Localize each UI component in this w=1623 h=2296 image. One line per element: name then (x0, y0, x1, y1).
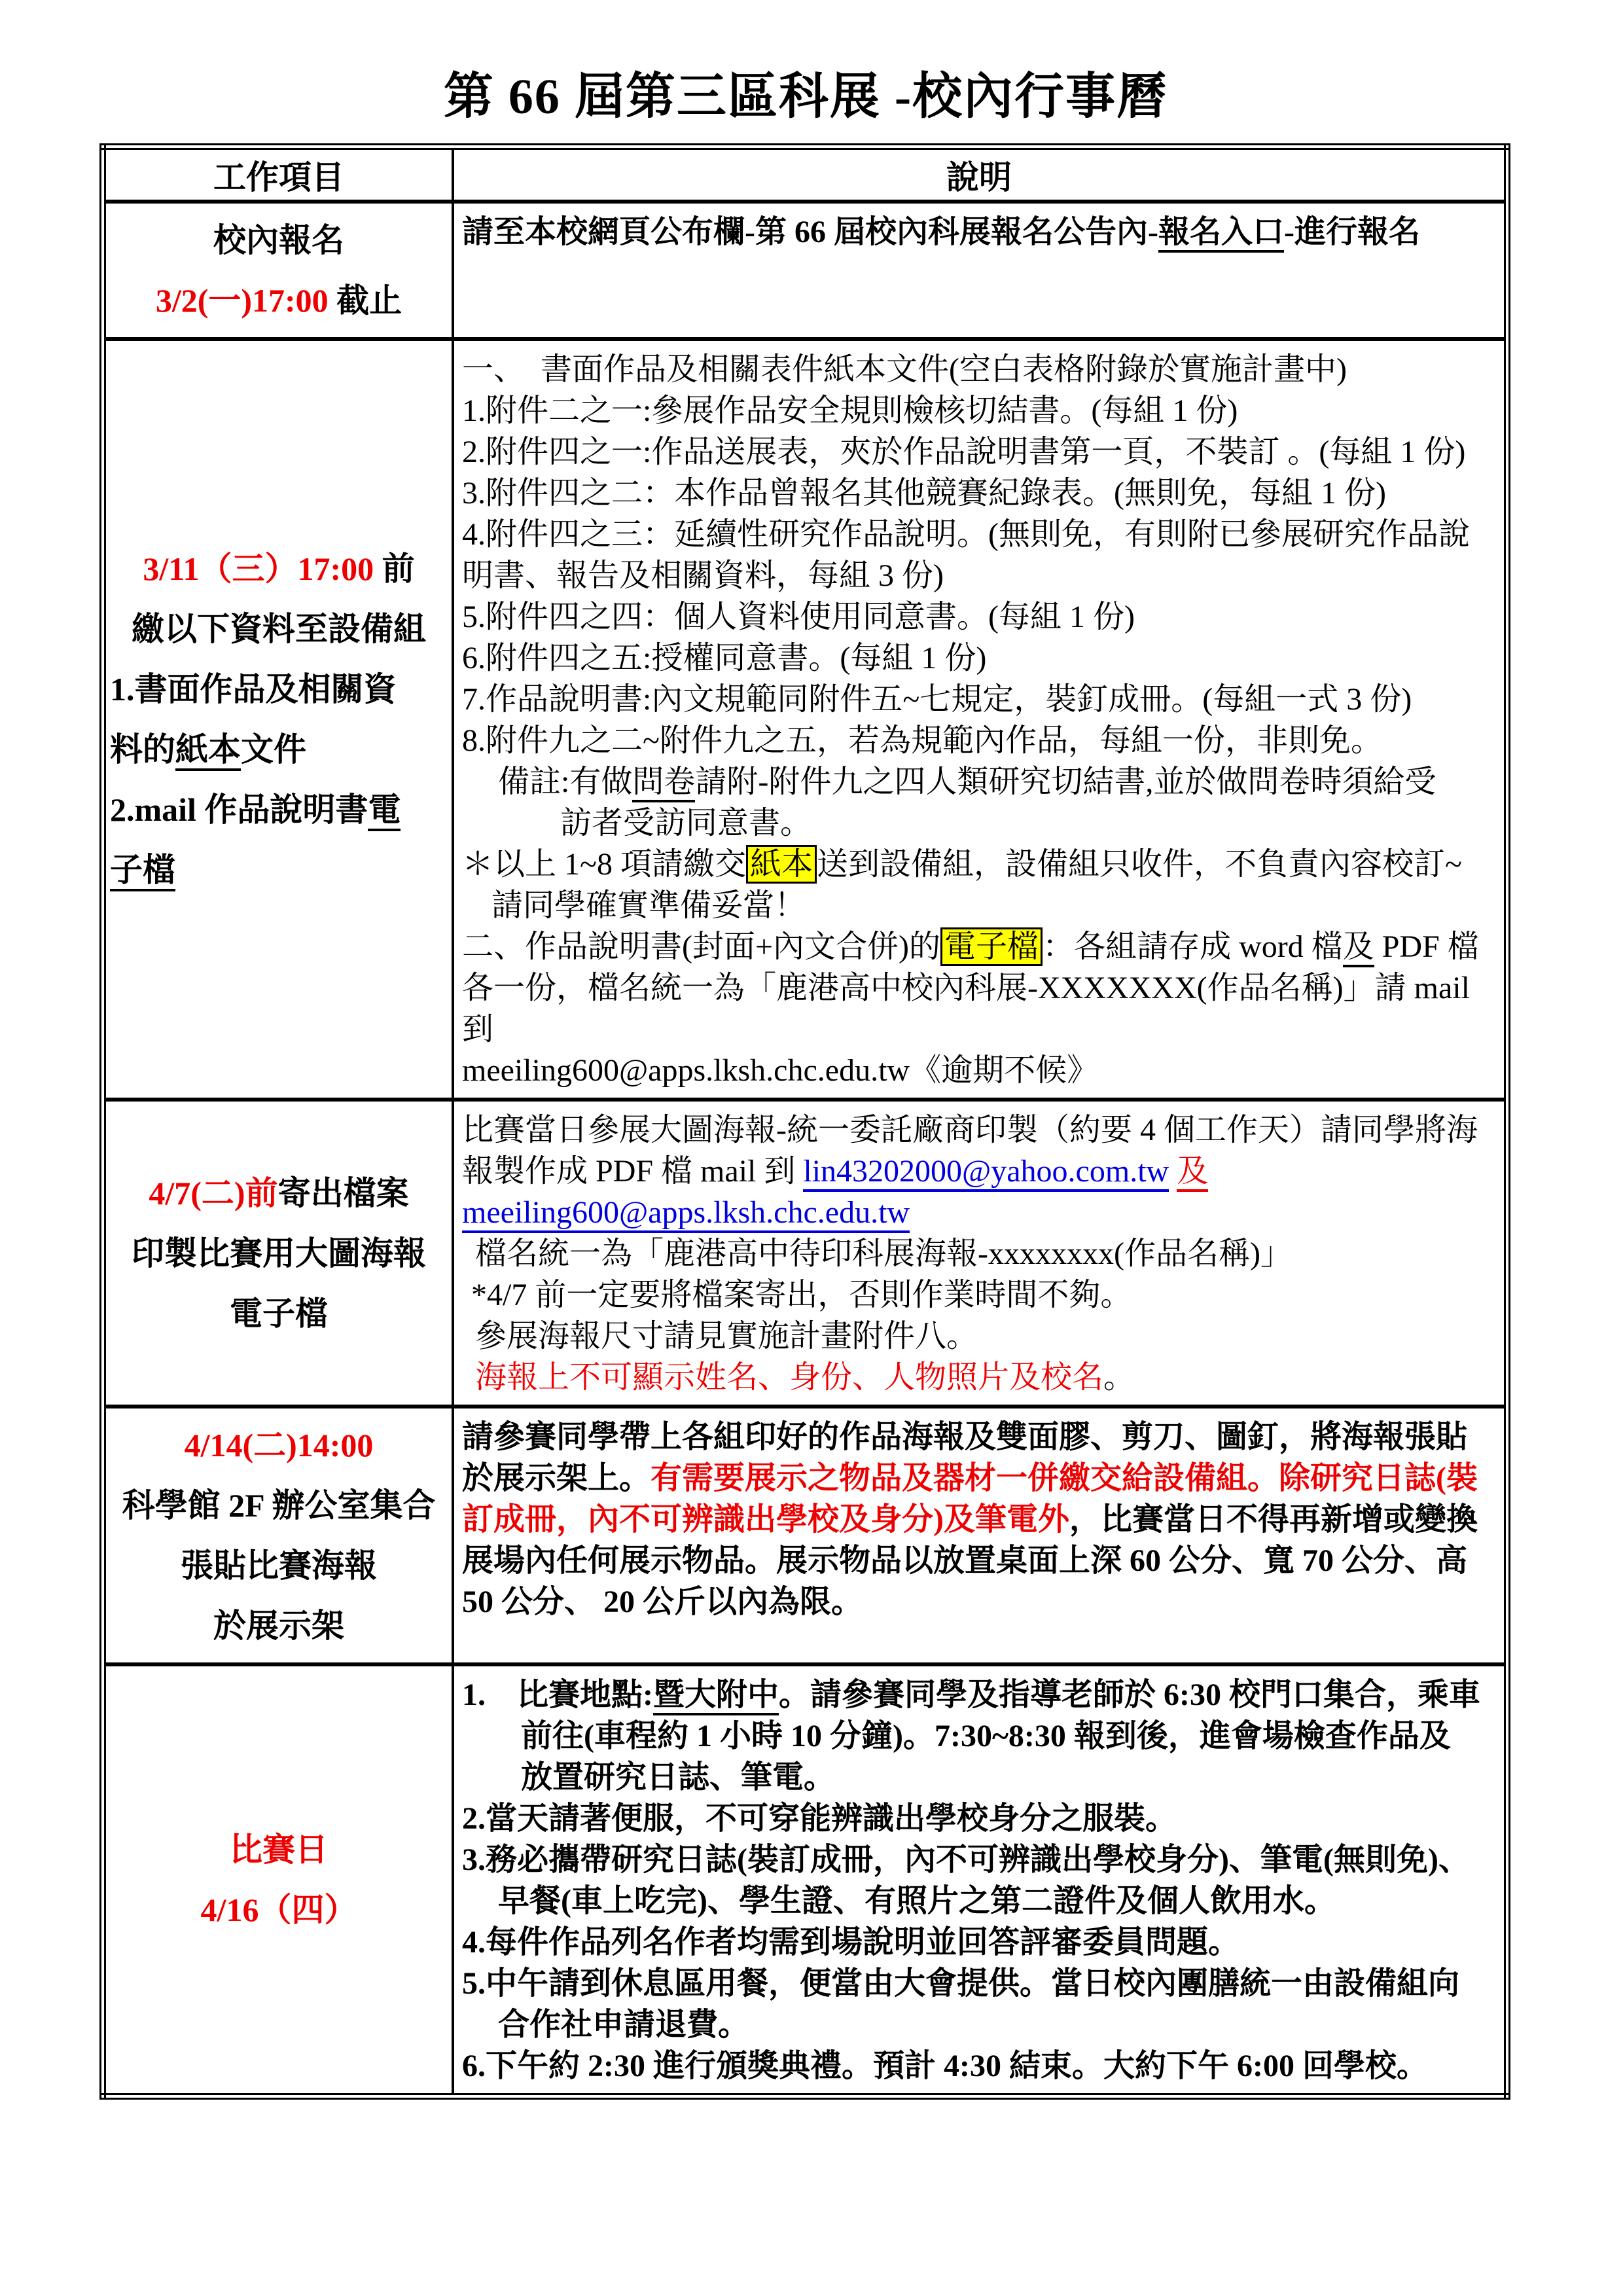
text-segment: 訂成冊，內不可辨識出學校及身分)及筆電外 (462, 1502, 1069, 1537)
email-link[interactable]: meeiling600@apps.lksh.chc.edu.tw (462, 1195, 910, 1233)
text-line: 4/14(二)14:00 (110, 1415, 448, 1475)
text-segment: -進行報名 (1284, 215, 1420, 249)
text-line: 3/11（三）17:00 前 (110, 539, 448, 599)
text-segment: 印製比賽用大圖海報 (132, 1235, 426, 1272)
text-segment: 繳以下資料至設備組 (132, 611, 426, 647)
text-segment: 問卷 (632, 764, 695, 802)
text-line: 比賽當日參展大圖海報-統一委託廠商印製（約要 4 個工作天）請同學將海 (462, 1109, 1499, 1151)
task-cell: 4/14(二)14:00科學館 2F 辦公室集合張貼比賽海報於展示架 (103, 1407, 453, 1664)
text-segment: 4/7(二)前 (149, 1175, 277, 1211)
text-segment: 2.mail 作品說明書 (110, 791, 368, 828)
text-segment: 暨大附中 (653, 1677, 779, 1715)
text-segment: 3.附件四之二：本作品曾報名其他競賽紀錄表。(無則免，每組 1 份) (462, 476, 1386, 511)
table-row-send-poster-file: 4/7(二)前寄出檔案印製比賽用大圖海報電子檔比賽當日參展大圖海報-統一委託廠商… (103, 1100, 1507, 1407)
text-line: 科學館 2F 辦公室集合 (110, 1475, 448, 1535)
highlight-text: 紙本 (746, 845, 817, 884)
text-segment: 8.附件九之二~附件九之五，若為規範內作品，每組一份，非則免。 (462, 723, 1382, 758)
task-cell: 校內報名3/2(一)17:00 截止 (103, 202, 453, 339)
text-segment: 截止 (336, 282, 402, 319)
text-segment: 備註:有做 (498, 764, 632, 799)
text-segment: 3/2(一)17:00 (156, 282, 336, 319)
text-line: 4/16（四） (110, 1880, 448, 1940)
page-title: 第 66 屆第三區科展 -校內行事曆 (99, 56, 1512, 128)
text-segment: 早餐(車上吃完)、學生證、有照片之第二證件及個人飲用水。 (498, 1884, 1336, 1918)
text-line: 二、作品說明書(封面+內文合併)的電子檔：各組請存成 word 檔及 PDF 檔 (462, 926, 1499, 967)
text-line: 5.中午請到休息區用餐，便當由大會提供。當日校內團膳統一由設備組向 (462, 1963, 1499, 2004)
text-segment: PDF 檔 (1374, 929, 1479, 964)
text-line: 2.mail 作品說明書電 (110, 780, 448, 840)
text-line: 50 公分、 20 公斤以內為限。 (462, 1581, 1499, 1623)
text-line: 合作社申請退費。 (462, 2004, 1499, 2045)
text-segment: 展場內任何展示物品。展示物品以放置桌面上深 60 公分、寬 70 公分、高 (462, 1543, 1467, 1578)
text-segment (1169, 1154, 1177, 1189)
text-line: 參展海報尺寸請見實施計畫附件八。 (462, 1316, 1499, 1357)
text-line: 明書、報告及相關資料，每組 3 份) (462, 555, 1499, 596)
text-segment: 電 (368, 791, 401, 831)
text-segment: 3/11（三）17:00 (143, 550, 382, 587)
text-line: 校內報名 (110, 210, 448, 270)
text-segment: 寄出檔案 (278, 1175, 409, 1211)
task-cell: 4/7(二)前寄出檔案印製比賽用大圖海報電子檔 (103, 1100, 453, 1407)
text-line: 3.附件四之二：本作品曾報名其他競賽紀錄表。(無則免，每組 1 份) (462, 473, 1499, 514)
text-segment: 請附-附件九之四人類研究切結書,並於做問卷時須給受 (695, 764, 1436, 799)
text-line: 訂成冊，內不可辨識出學校及身分)及筆電外，比賽當日不得再新增或變換 (462, 1499, 1499, 1540)
text-segment: 及 (1177, 1154, 1208, 1192)
text-line: 料的紙本文件 (110, 719, 448, 780)
text-segment: 前往(車程約 1 小時 10 分鐘)。7:30~8:30 報到後，進會場檢查作品… (521, 1719, 1451, 1753)
schedule-table: 工作項目 說明 校內報名3/2(一)17:00 截止請至本校網頁公布欄-第 66… (99, 143, 1510, 2100)
text-line: 1.附件二之一:參展作品安全規則檢核切結書。(每組 1 份) (462, 390, 1499, 431)
text-segment: 料的 (110, 731, 175, 768)
text-segment: 二、作品說明書(封面+內文合併)的 (462, 929, 940, 964)
table-body: 校內報名3/2(一)17:00 截止請至本校網頁公布欄-第 66 屆校內科展報名… (103, 202, 1507, 2096)
description-cell: 請至本校網頁公布欄-第 66 屆校內科展報名公告內-報名入口-進行報名 (453, 202, 1507, 339)
text-segment: 及 (1343, 929, 1374, 967)
text-segment: 3.務必攜帶研究日誌(裝訂成冊，內不可辨識出學校身分)、筆電(無則免)、 (462, 1842, 1470, 1877)
text-segment: 報名入口 (1158, 215, 1284, 253)
text-segment: 4.附件四之三：延續性研究作品說明。(無則免，有則附已參展研究作品說 (462, 517, 1470, 552)
text-line: 於展示架 (110, 1596, 448, 1656)
text-line: 檔名統一為「鹿港高中待印科展海報-xxxxxxxx(作品名稱)」 (462, 1233, 1499, 1274)
text-segment: 。 (1103, 1360, 1135, 1395)
text-segment: 檔名統一為「鹿港高中待印科展海報-xxxxxxxx(作品名稱)」 (475, 1236, 1292, 1271)
text-segment: 送到設備組，設備組只收件，不負責內容校訂~ (817, 847, 1462, 882)
text-segment: 4/14(二)14:00 (185, 1427, 374, 1463)
text-segment: 於展示架上。 (462, 1461, 651, 1496)
text-segment: 5.附件四之四：個人資料使用同意書。(每組 1 份) (462, 600, 1135, 634)
text-segment: ：各組請存成 word 檔 (1043, 929, 1343, 964)
text-line: 子檔 (110, 840, 448, 900)
text-segment: 4.每件作品列名作者均需到場說明並回答評審委員問題。 (462, 1925, 1240, 1960)
task-cell: 3/11（三）17:00 前繳以下資料至設備組1.書面作品及相關資料的紙本文件2… (103, 339, 453, 1100)
text-segment: 。請參賽同學及指導老師於 6:30 校門口集合，乘車 (779, 1677, 1480, 1712)
text-segment: 訪者受訪同意書。 (560, 806, 811, 840)
table-row-paste-poster: 4/14(二)14:00科學館 2F 辦公室集合張貼比賽海報於展示架請參賽同學帶… (103, 1407, 1507, 1664)
description-cell: 比賽當日參展大圖海報-統一委託廠商印製（約要 4 個工作天）請同學將海報製作成 … (453, 1100, 1507, 1407)
text-segment: 一、 書面作品及相關表件紙本文件(空白表格附錄於實施計畫中) (462, 352, 1347, 387)
text-segment: 有需要展示之物品及器材一併繳交給設備組。除研究日誌(裝 (651, 1461, 1478, 1496)
text-line: 訪者受訪同意書。 (462, 802, 1499, 844)
text-line: 請參賽同學帶上各組印好的作品海報及雙面膠、剪刀、圖釘，將海報張貼 (462, 1416, 1499, 1458)
text-line: 於展示架上。有需要展示之物品及器材一併繳交給設備組。除研究日誌(裝 (462, 1458, 1499, 1499)
text-line: ＊以上 1~8 項請繳交紙本送到設備組，設備組只收件，不負責內容校訂~ (462, 844, 1499, 885)
text-segment: 紙本 (175, 731, 241, 771)
text-segment: 放置研究日誌、筆電。 (521, 1760, 835, 1795)
text-line: 5.附件四之四：個人資料使用同意書。(每組 1 份) (462, 596, 1499, 637)
table-row-submit-documents: 3/11（三）17:00 前繳以下資料至設備組1.書面作品及相關資料的紙本文件2… (103, 339, 1507, 1100)
text-segment: 前 (382, 550, 415, 587)
text-segment: 張貼比賽海報 (181, 1547, 377, 1584)
text-segment: 科學館 2F 辦公室集合 (122, 1487, 436, 1524)
text-segment: 50 公分、 20 公斤以內為限。 (462, 1585, 863, 1619)
description-cell: 1. 比賽地點:暨大附中。請參賽同學及指導老師於 6:30 校門口集合，乘車前往… (453, 1664, 1507, 2096)
text-segment: 文件 (241, 731, 306, 768)
text-segment: 報製作成 PDF 檔 mail 到 (462, 1154, 803, 1189)
text-line: meeiling600@apps.lksh.chc.edu.tw《逾期不候》 (462, 1050, 1499, 1091)
header-description: 說明 (453, 147, 1507, 202)
text-segment: *4/7 前一定要將檔案寄出，否則作業時間不夠。 (471, 1278, 1132, 1312)
highlight-text: 電子檔 (940, 927, 1043, 966)
header-work-item: 工作項目 (103, 147, 453, 202)
text-line: 2.當天請著便服，不可穿能辨識出學校身分之服裝。 (462, 1798, 1499, 1839)
text-line: 請至本校網頁公布欄-第 66 屆校內科展報名公告內-報名入口-進行報名 (462, 211, 1499, 253)
text-segment: 各一份，檔名統一為「鹿港高中校內科展-XXXXXXX(作品名稱)」請 mail … (462, 971, 1470, 1047)
text-segment: 參展海報尺寸請見實施計畫附件八。 (475, 1319, 978, 1354)
text-line: 4.每件作品列名作者均需到場說明並回答評審委員問題。 (462, 1922, 1499, 1963)
text-line: 3/2(一)17:00 截止 (110, 270, 448, 331)
description-cell: 一、 書面作品及相關表件紙本文件(空白表格附錄於實施計畫中)1.附件二之一:參展… (453, 339, 1507, 1100)
text-line: 7.作品說明書:內文規範同附件五~七規定，裝釘成冊。(每組一式 3 份) (462, 679, 1499, 720)
text-segment: ，比賽當日不得再新增或變換 (1069, 1502, 1478, 1537)
table-header-row: 工作項目 說明 (103, 147, 1507, 202)
text-segment: 1.書面作品及相關資 (110, 671, 397, 708)
text-line: 6.下午約 2:30 進行頒獎典禮。預計 4:30 結束。大約下午 6:00 回… (462, 2045, 1499, 2087)
text-segment: meeiling600@apps.lksh.chc.edu.tw《逾期不候》 (462, 1053, 1098, 1088)
text-line: 3.務必攜帶研究日誌(裝訂成冊，內不可辨識出學校身分)、筆電(無則免)、 (462, 1839, 1499, 1880)
task-cell: 比賽日4/16（四） (103, 1664, 453, 2096)
email-link[interactable]: lin43202000@yahoo.com.tw (803, 1154, 1169, 1192)
text-segment: 5.中午請到休息區用餐，便當由大會提供。當日校內團膳統一由設備組向 (462, 1966, 1459, 2001)
description-cell: 請參賽同學帶上各組印好的作品海報及雙面膠、剪刀、圖釘，將海報張貼於展示架上。有需… (453, 1407, 1507, 1664)
text-line: 4.附件四之三：延續性研究作品說明。(無則免，有則附已參展研究作品說 (462, 514, 1499, 555)
text-segment: 6.附件四之五:授權同意書。(每組 1 份) (462, 641, 986, 675)
text-line: 1. 比賽地點:暨大附中。請參賽同學及指導老師於 6:30 校門口集合，乘車 (462, 1674, 1499, 1715)
text-line: 海報上不可顯示姓名、身份、人物照片及校名。 (462, 1357, 1499, 1398)
text-line: 各一份，檔名統一為「鹿港高中校內科展-XXXXXXX(作品名稱)」請 mail … (462, 967, 1499, 1050)
text-line: 4/7(二)前寄出檔案 (110, 1163, 448, 1223)
document-page: 第 66 屆第三區科展 -校內行事曆 工作項目 說明 校內報名3/2(一)17:… (0, 0, 1623, 2100)
text-line: 印製比賽用大圖海報 (110, 1223, 448, 1283)
text-line: meeiling600@apps.lksh.chc.edu.tw (462, 1192, 1499, 1233)
text-segment: 電子檔 (230, 1295, 328, 1332)
text-segment: 1. 比賽地點: (462, 1677, 653, 1712)
text-segment: 6.下午約 2:30 進行頒獎典禮。預計 4:30 結束。大約下午 6:00 回… (462, 2049, 1428, 2083)
text-segment: 4/16（四） (201, 1892, 357, 1928)
text-segment: 7.作品說明書:內文規範同附件五~七規定，裝釘成冊。(每組一式 3 份) (462, 682, 1412, 717)
text-segment: 海報上不可顯示姓名、身份、人物照片及校名 (475, 1360, 1103, 1395)
text-line: 2.附件四之一:作品送展表，夾於作品說明書第一頁，不裝訂 。(每組 1 份) (462, 431, 1499, 473)
text-line: 張貼比賽海報 (110, 1535, 448, 1596)
text-segment: 1.附件二之一:參展作品安全規則檢核切結書。(每組 1 份) (462, 393, 1238, 428)
text-segment: 子檔 (110, 852, 175, 891)
text-segment: 明書、報告及相關資料，每組 3 份) (462, 558, 944, 593)
text-line: *4/7 前一定要將檔案寄出，否則作業時間不夠。 (462, 1274, 1499, 1316)
text-line: 請同學確實準備妥當！ (462, 885, 1499, 926)
text-line: 早餐(車上吃完)、學生證、有照片之第二證件及個人飲用水。 (462, 1880, 1499, 1922)
text-line: 報製作成 PDF 檔 mail 到 lin43202000@yahoo.com.… (462, 1151, 1499, 1192)
text-line: 前往(車程約 1 小時 10 分鐘)。7:30~8:30 報到後，進會場檢查作品… (462, 1715, 1499, 1757)
text-line: 備註:有做問卷請附-附件九之四人類研究切結書,並於做問卷時須給受 (462, 761, 1499, 802)
text-segment: 2.附件四之一:作品送展表，夾於作品說明書第一頁，不裝訂 。(每組 1 份) (462, 435, 1465, 469)
table-row-registration: 校內報名3/2(一)17:00 截止請至本校網頁公布欄-第 66 屆校內科展報名… (103, 202, 1507, 339)
text-line: 比賽日 (110, 1820, 448, 1880)
text-segment: 於展示架 (213, 1607, 344, 1644)
text-segment: 合作社申請退費。 (498, 2007, 749, 2042)
text-segment: 校內報名 (213, 222, 344, 259)
text-segment: 請同學確實準備妥當！ (491, 888, 806, 923)
text-line: 8.附件九之二~附件九之五，若為規範內作品，每組一份，非則免。 (462, 720, 1499, 761)
text-segment: 比賽日 (230, 1831, 328, 1868)
text-line: 1.書面作品及相關資 (110, 659, 448, 719)
text-segment: 請至本校網頁公布欄-第 66 屆校內科展報名公告內- (462, 215, 1158, 249)
text-segment: 2.當天請著便服，不可穿能辨識出學校身分之服裝。 (462, 1801, 1177, 1836)
text-line: 放置研究日誌、筆電。 (462, 1757, 1499, 1798)
text-line: 6.附件四之五:授權同意書。(每組 1 份) (462, 637, 1499, 679)
text-segment: 請參賽同學帶上各組印好的作品海報及雙面膠、剪刀、圖釘，將海報張貼 (462, 1420, 1467, 1454)
table-row-competition-day: 比賽日4/16（四）1. 比賽地點:暨大附中。請參賽同學及指導老師於 6:30 … (103, 1664, 1507, 2096)
text-line: 電子檔 (110, 1283, 448, 1344)
text-line: 繳以下資料至設備組 (110, 599, 448, 659)
text-segment: ＊以上 1~8 項請繳交 (462, 847, 746, 882)
text-line: 展場內任何展示物品。展示物品以放置桌面上深 60 公分、寬 70 公分、高 (462, 1540, 1499, 1581)
text-line: 一、 書面作品及相關表件紙本文件(空白表格附錄於實施計畫中) (462, 349, 1499, 390)
text-segment: 比賽當日參展大圖海報-統一委託廠商印製（約要 4 個工作天）請同學將海 (462, 1113, 1478, 1147)
